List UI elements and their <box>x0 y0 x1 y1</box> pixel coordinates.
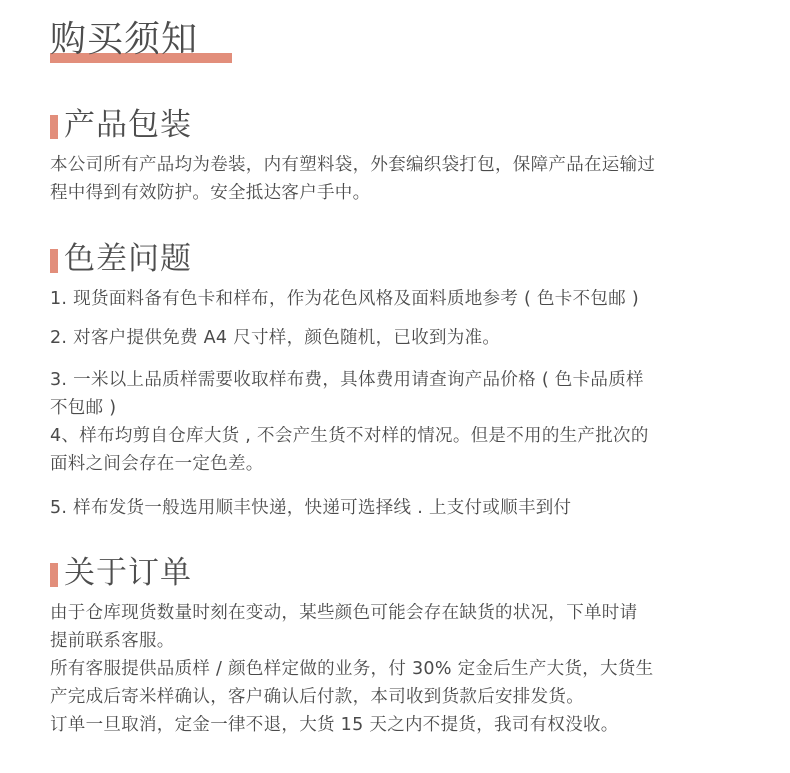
heading-accent-bar <box>50 249 58 273</box>
orders-text-line: 所有客服提供品质样 / 颜色样定做的业务，付 30% 定金后生产大货，大货生 <box>50 657 653 681</box>
orders-text-line: 由于仓库现货数量时刻在变动，某些颜色可能会存在缺货的状况，下单时请 <box>50 601 637 625</box>
orders-text-line: 提前联系客服。 <box>50 629 175 653</box>
color-difference-item-1: 1. 现货面料备有色卡和样布，作为花色风格及面料质地参考 ( 色卡不包邮 ) <box>50 287 639 311</box>
page-title: 购买须知 <box>50 18 198 62</box>
heading-accent-bar <box>50 563 58 587</box>
orders-text-line: 订单一旦取消，定金一律不退，大货 15 天之内不提货，我司有权没收。 <box>50 713 619 737</box>
page-title-block: 购买须知 <box>50 18 232 64</box>
heading-accent-bar <box>50 115 58 139</box>
section-heading-color-difference: 色差问题 <box>50 242 192 276</box>
color-difference-item-5: 5. 样布发货一般选用顺丰快递，快递可选择线 . 上支付或顺丰到付 <box>50 496 571 520</box>
color-difference-item-3-cont: 不包邮 ) <box>50 396 116 420</box>
packaging-text-line: 本公司所有产品均为卷装，内有塑料袋，外套编织袋打包，保障产品在运输过 <box>50 153 655 177</box>
color-difference-item-2: 2. 对客户提供免费 A4 尺寸样，颜色随机，已收到为准。 <box>50 326 500 350</box>
color-difference-item-4-cont: 面料之间会存在一定色差。 <box>50 452 264 476</box>
section-heading-text: 色差问题 <box>64 242 192 276</box>
orders-text-line: 产完成后寄米样确认，客户确认后付款，本司收到货款后安排发货。 <box>50 685 584 709</box>
color-difference-item-3: 3. 一米以上品质样需要收取样布费，具体费用请查询产品价格 ( 色卡品质样 <box>50 368 644 392</box>
color-difference-item-4: 4、样布均剪自仓库大货 , 不会产生货不对样的情况。但是不用的生产批次的 <box>50 424 649 448</box>
section-heading-orders: 关于订单 <box>50 556 192 590</box>
packaging-text-line: 程中得到有效防护。安全抵达客户手中。 <box>50 181 370 205</box>
section-heading-packaging: 产品包装 <box>50 108 192 142</box>
section-heading-text: 关于订单 <box>64 556 192 590</box>
section-heading-text: 产品包装 <box>64 108 192 142</box>
